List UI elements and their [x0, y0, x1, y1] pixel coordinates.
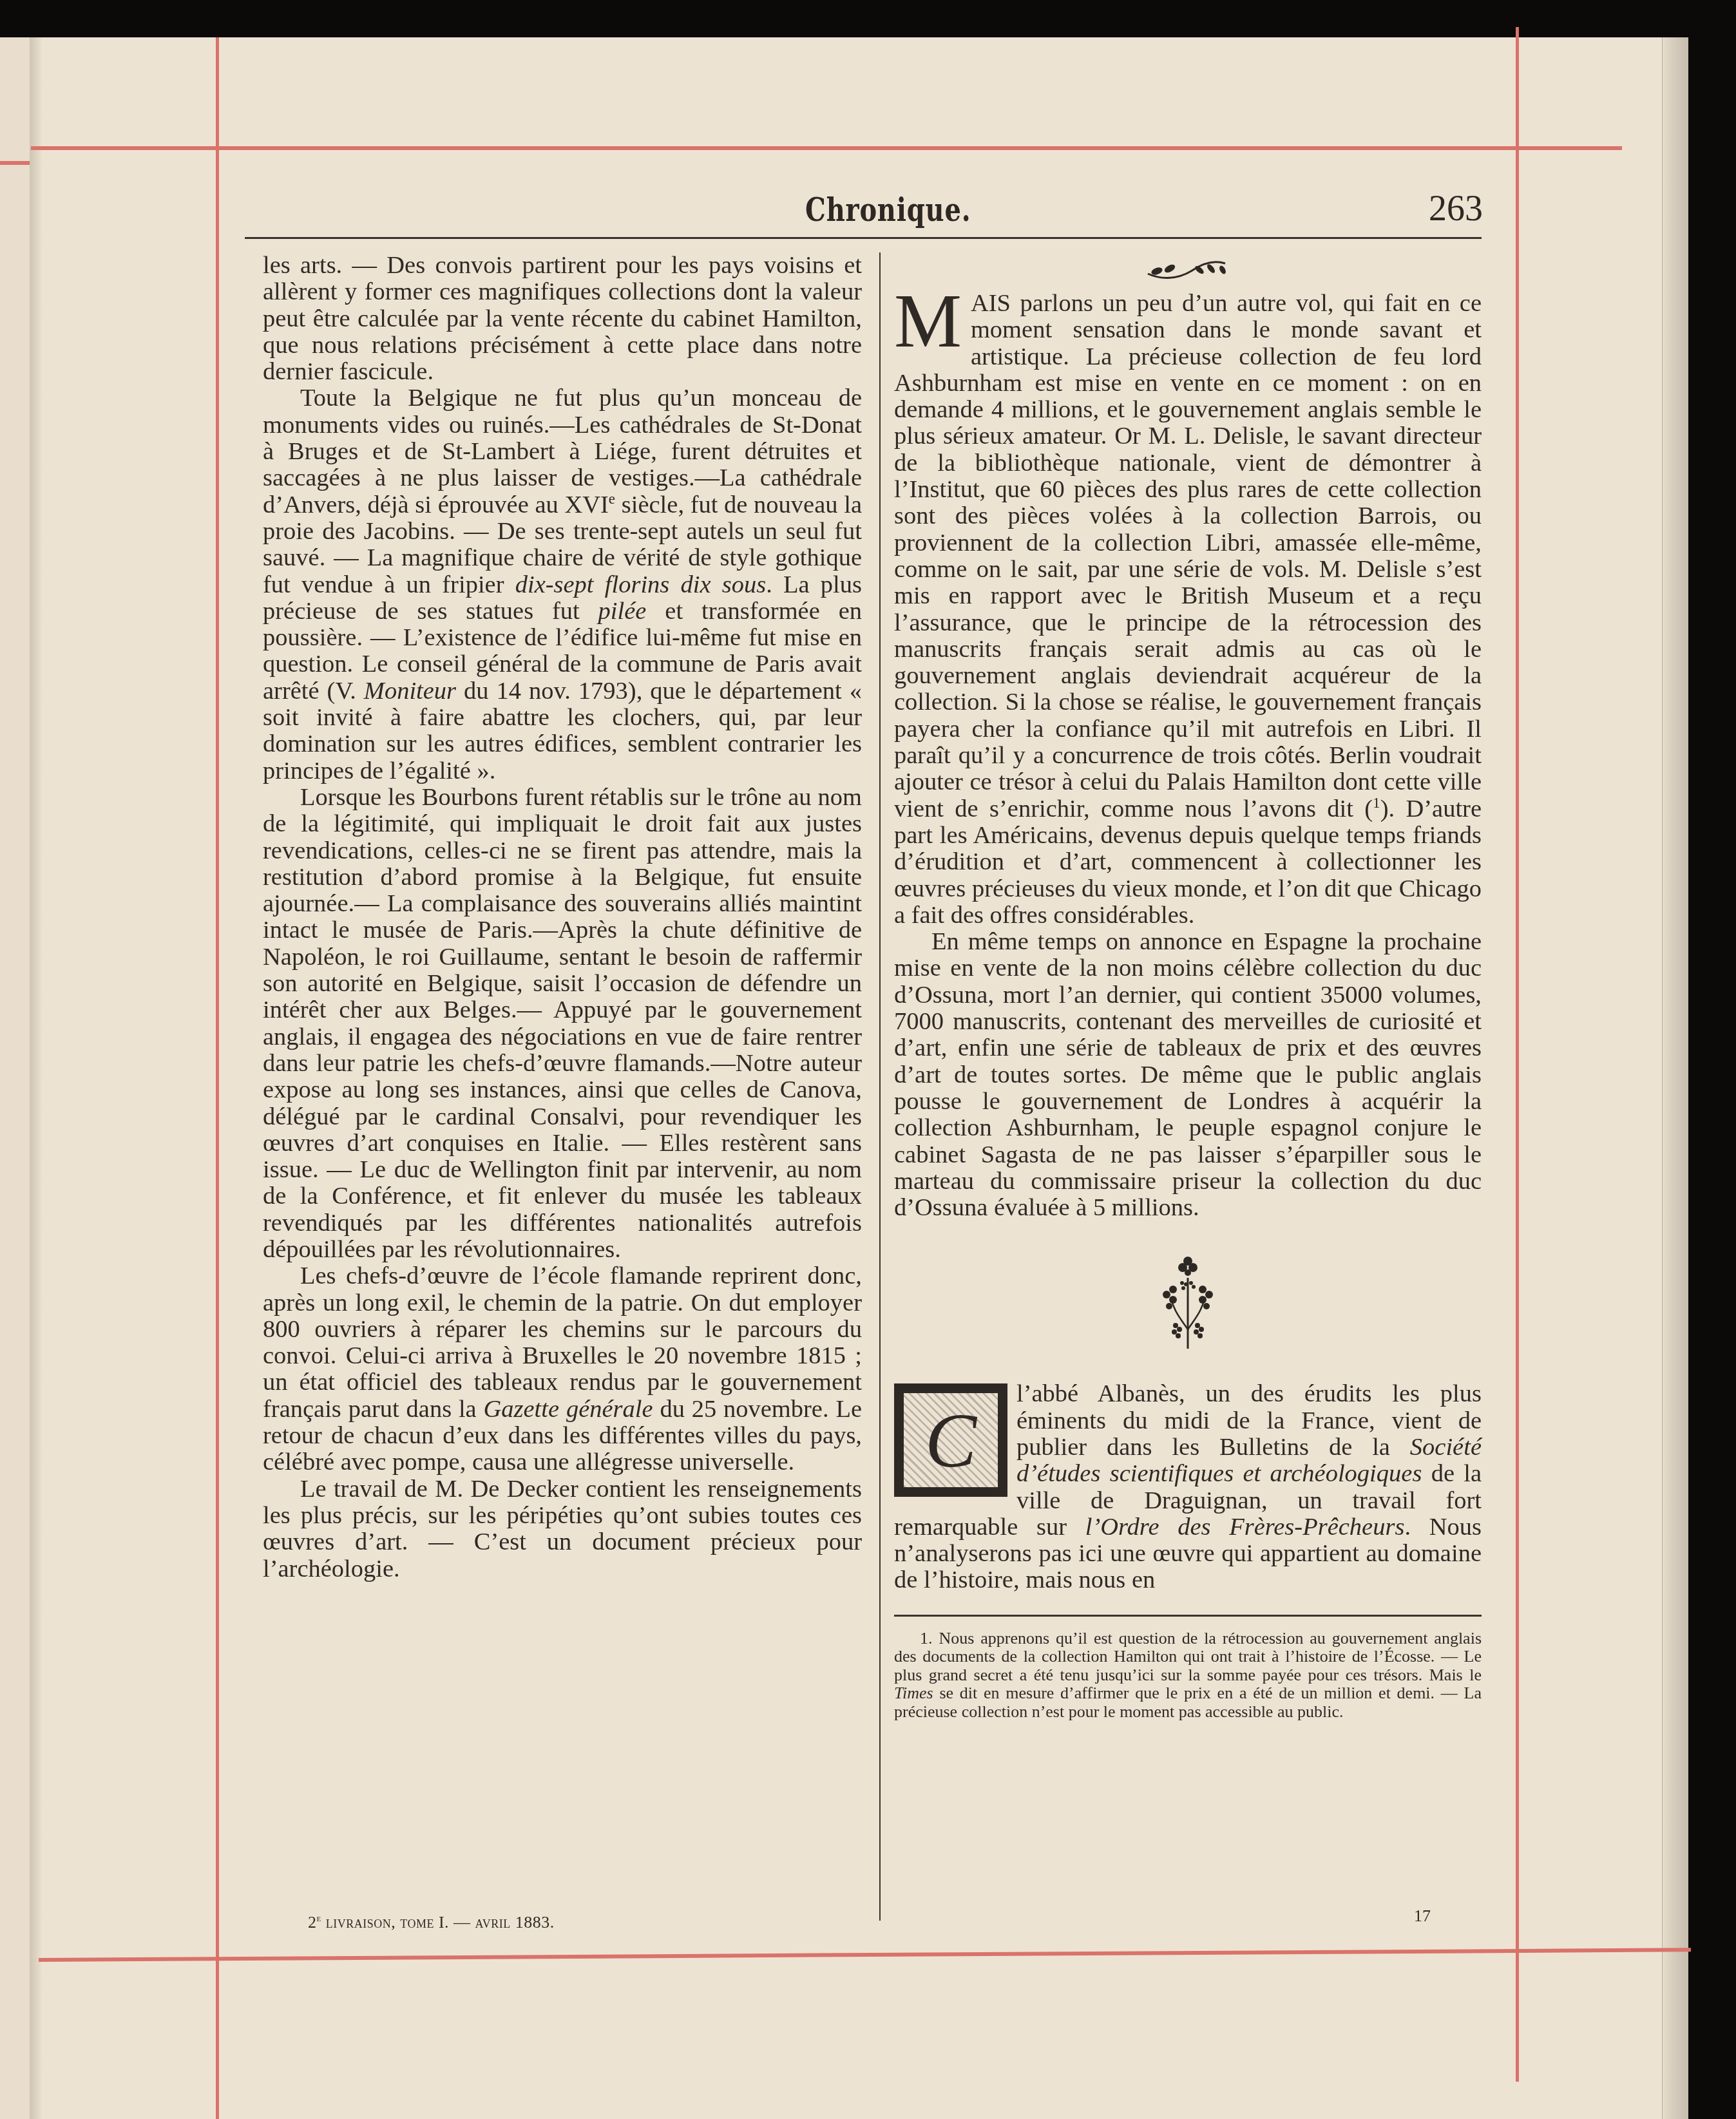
book-gutter — [30, 37, 43, 2119]
signature-mark: 17 — [1414, 1906, 1431, 1926]
italic-text: Times — [894, 1684, 933, 1702]
dropcap-letter: M — [894, 293, 962, 350]
text-run: Nous apprenons qu’il est question de la … — [894, 1629, 1482, 1684]
text-run: les arts. — Des convois partirent pour l… — [263, 252, 862, 385]
left-column-paragraph: Les chefs-d’œuvre de l’école flamande re… — [263, 1263, 862, 1476]
italic-text: Moniteur — [364, 678, 456, 705]
imprint-line: 2e livraison, tome I. — avril 1883. — [308, 1913, 555, 1932]
red-rule-top — [31, 146, 1622, 150]
italic-text: dix-sept florins dix sous — [515, 571, 767, 598]
section1-paragraph: AIS parlons un peu d’un autre vol, qui f… — [894, 290, 1482, 929]
text-run: En même temps on annonce en Espagne la p… — [894, 928, 1482, 1221]
superscript: e — [609, 490, 615, 507]
text-run: Le travail de M. De Decker contient les … — [263, 1476, 862, 1582]
text-run: se dit en mesure d’affirmer que le prix … — [894, 1684, 1482, 1721]
previous-page-edge — [0, 37, 31, 2119]
left-column-paragraph: Lorsque les Bourbons furent rétablis sur… — [263, 784, 862, 1263]
column-separator — [879, 252, 881, 1921]
italic-text: l’Ordre des Frères-Prêcheurs — [1085, 1514, 1405, 1541]
page-number: 263 — [1429, 188, 1483, 229]
section1-paragraph: En même temps on annonce en Espagne la p… — [894, 929, 1482, 1221]
footnote-rule — [894, 1615, 1482, 1617]
ornamental-dropcap: C — [894, 1383, 1007, 1497]
right-column: M AIS parlons un peu d’un autre vol, qui… — [894, 254, 1482, 1721]
text-run: AIS parlons un peu d’un autre vol, qui f… — [894, 290, 1482, 822]
leaf-scroll-ornament-icon — [894, 254, 1482, 287]
red-rule-left — [216, 37, 219, 2119]
left-column: les arts. — Des convois partirent pour l… — [263, 252, 862, 1582]
section-albanes: C l’abbé Albanès, un des érudits les plu… — [894, 1381, 1482, 1593]
left-column-paragraph: Toute la Belgique ne fut plus qu’un monc… — [263, 385, 862, 784]
header-rule — [245, 237, 1482, 239]
dropcap-letter: C — [902, 1391, 1000, 1489]
red-rule-right — [1516, 27, 1519, 2082]
footnote-number: 1. — [920, 1629, 933, 1648]
text-run: Lorsque les Bourbons furent rétablis sur… — [263, 784, 862, 1263]
section-ashburnham: M AIS parlons un peu d’un autre vol, qui… — [894, 290, 1482, 1221]
left-column-paragraph: Le travail de M. De Decker contient les … — [263, 1476, 862, 1582]
footnote: 1. Nous apprenons qu’il est question de … — [894, 1630, 1482, 1722]
page-stack-edge — [1662, 37, 1688, 2119]
italic-text: Gazette générale — [484, 1396, 653, 1423]
red-rule-left-page — [0, 161, 30, 165]
left-column-paragraph: les arts. — Des convois partirent pour l… — [263, 252, 862, 385]
italic-text: pilée — [598, 598, 647, 625]
floral-sprig-ornament-icon — [894, 1252, 1482, 1362]
superscript: 1 — [1373, 794, 1380, 811]
running-title: Chronique. — [805, 191, 971, 229]
